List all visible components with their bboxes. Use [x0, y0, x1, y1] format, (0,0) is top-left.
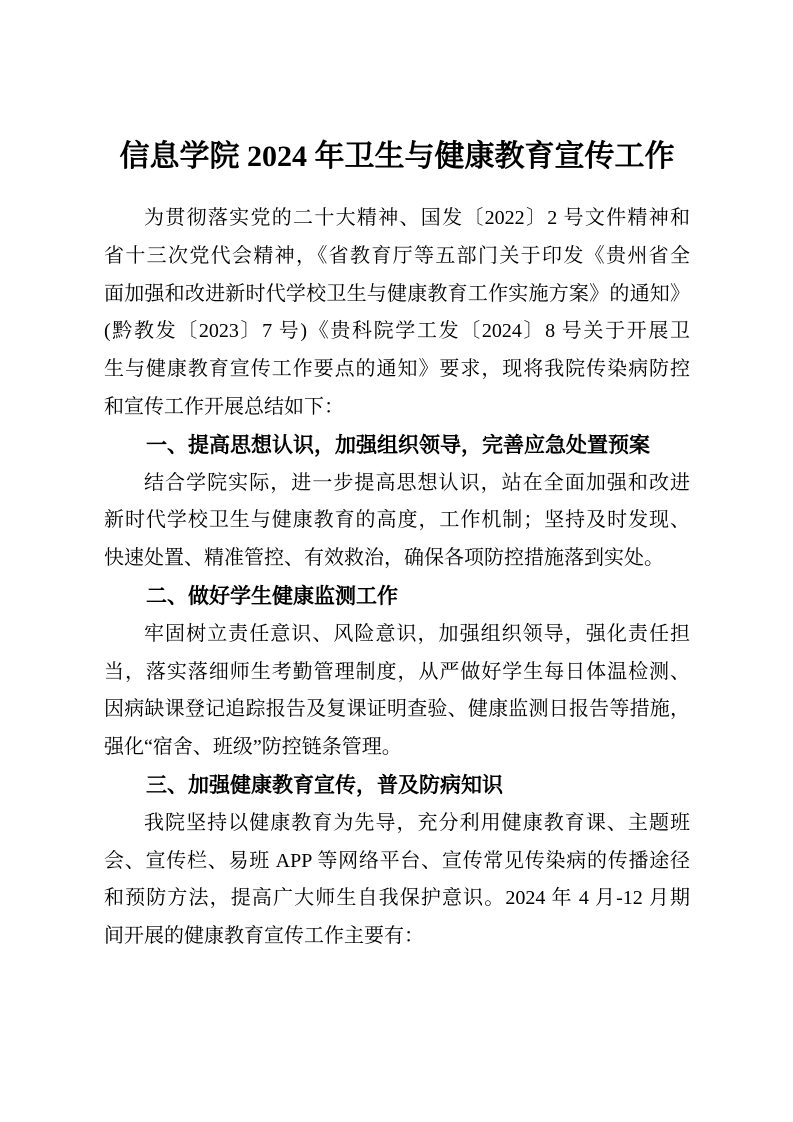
paragraph-line: 会、宣传栏、易班 APP 等网络平台、宣传常见传染病的传播途径 — [104, 843, 690, 881]
paragraph-line: 面加强和改进新时代学校卫生与健康教育工作实施方案》的通知》 — [104, 276, 690, 314]
paragraph-line: 快速处置、精准管控、有效救治，确保各项防控措施落到实处。 — [104, 540, 690, 578]
paragraph-line: 当，落实落细师生考勤管理制度，从严做好学生每日体温检测、 — [104, 654, 690, 692]
paragraph-line: 为贯彻落实党的二十大精神、国发〔2022〕2 号文件精神和 — [104, 200, 690, 238]
paragraph-line: 省十三次党代会精神，《省教育厅等五部门关于印发《贵州省全 — [104, 238, 690, 276]
section-heading-2: 二、做好学生健康监测工作 — [104, 578, 690, 616]
document-title: 信息学院 2024 年卫生与健康教育宣传工作 — [104, 136, 690, 178]
paragraph-line: 结合学院实际，进一步提高思想认识，站在全面加强和改进 — [104, 465, 690, 503]
paragraph-line: 新时代学校卫生与健康教育的高度，工作机制；坚持及时发现、 — [104, 502, 690, 540]
paragraph-line: 强化“宿舍、班级”防控链条管理。 — [104, 729, 690, 767]
document-page: 信息学院 2024 年卫生与健康教育宣传工作 为贯彻落实党的二十大精神、国发〔2… — [0, 0, 793, 1122]
paragraph-line: 牢固树立责任意识、风险意识，加强组织领导，强化责任担 — [104, 616, 690, 654]
section-heading-3: 三、加强健康教育宣传，普及防病知识 — [104, 767, 690, 805]
paragraph-line: 和预防方法，提高广大师生自我保护意识。2024 年 4 月-12 月期 — [104, 880, 690, 918]
paragraph-line: 生与健康教育宣传工作要点的通知》要求，现将我院传染病防控 — [104, 351, 690, 389]
paragraph-line: (黔教发〔2023〕7 号)《贵科院学工发〔2024〕8 号关于开展卫 — [104, 313, 690, 351]
section-heading-1: 一、提高思想认识，加强组织领导，完善应急处置预案 — [104, 427, 690, 465]
document-body: 为贯彻落实党的二十大精神、国发〔2022〕2 号文件精神和 省十三次党代会精神，… — [104, 200, 690, 956]
paragraph-line: 和宣传工作开展总结如下： — [104, 389, 690, 427]
paragraph-line: 因病缺课登记追踪报告及复课证明查验、健康监测日报告等措施， — [104, 691, 690, 729]
paragraph-line: 我院坚持以健康教育为先导，充分利用健康教育课、主题班 — [104, 805, 690, 843]
paragraph-line: 间开展的健康教育宣传工作主要有： — [104, 918, 690, 956]
